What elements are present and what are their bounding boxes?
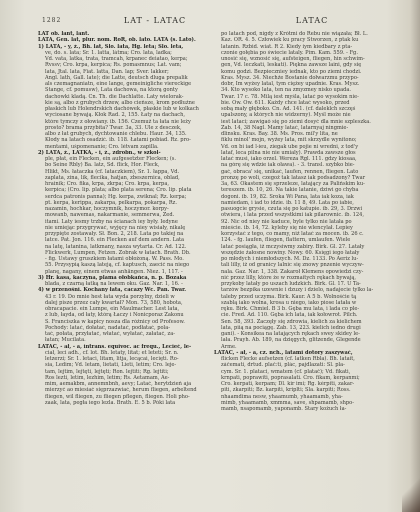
text-line: tali lilly, iż od granicy lalnic się zno… [214, 262, 390, 268]
running-head-left: LAT - LATAC [90, 16, 220, 25]
text-line: mamb, nsapomamb, yaponamb. Stary kożuch … [214, 406, 390, 412]
left-column: LAT ob. lant, lant.LATA, Gen. lat, plur.… [38, 31, 210, 406]
text-line: otwiera, i lata przed wszystkimi iak pil… [214, 212, 390, 218]
text-line: Kłody na latach osadzić. ib. 118. Łatami… [38, 137, 210, 143]
text-line: zaak, lata, pegła iego lezla. Brath. E. … [38, 400, 210, 406]
text-line: fliegen, wil fliegen, zu fliegen pflegen… [38, 394, 210, 400]
text-line: latać posiągła, iż mczysiwmy zabiry. Bir… [214, 244, 390, 250]
text-line: iest lataci; zawigaó się po ziemi dosyć … [214, 119, 390, 125]
binding-shadow [410, 0, 420, 512]
text-line: wyciosane bywają. Kłok Rad. 2, 155. Łaty… [38, 112, 210, 118]
text-line: serdca patronis panna); Hg. kerpa, zwikn… [38, 194, 210, 200]
text-line: LATA, Gen. lat, plur. nom. RoR, ob. lato… [38, 37, 210, 43]
text-line: 55. Przysypią kaszą lateją, cf. kaptusch… [38, 262, 210, 268]
page-number: 1282 [42, 17, 61, 24]
running-header: 1282 LAT - LATAC LATAC [42, 16, 402, 28]
text-line: mierzyć ao miesiać sięprzazwiać, herum f… [38, 387, 210, 393]
right-column: po latach pod, nigdy z Krótmi do Rebu ni… [214, 31, 390, 412]
text-line: LATAĆ, - ał, - a, intrans. equivoc. ac f… [38, 344, 210, 350]
text-line: które tymczy z ołowiany. ib. 156. Czemuż… [38, 119, 210, 125]
text-line: S. Franciszka w kapicy nosza dla różnicy… [38, 319, 210, 325]
page-corner [402, 472, 420, 512]
running-head-right: LATAC [252, 16, 372, 25]
text-line: kerpica; (Cro. lip. plata; albo plata se… [38, 187, 210, 193]
text-line: 4) w przenośni. Kochany łata, cacazy Wc.… [38, 287, 210, 293]
text-line: na latę, latanina, latkmany, nasza wytar… [38, 244, 210, 250]
text-line: tarzów bezpika uzewnie i dzuzy i dzielo,… [214, 287, 390, 293]
